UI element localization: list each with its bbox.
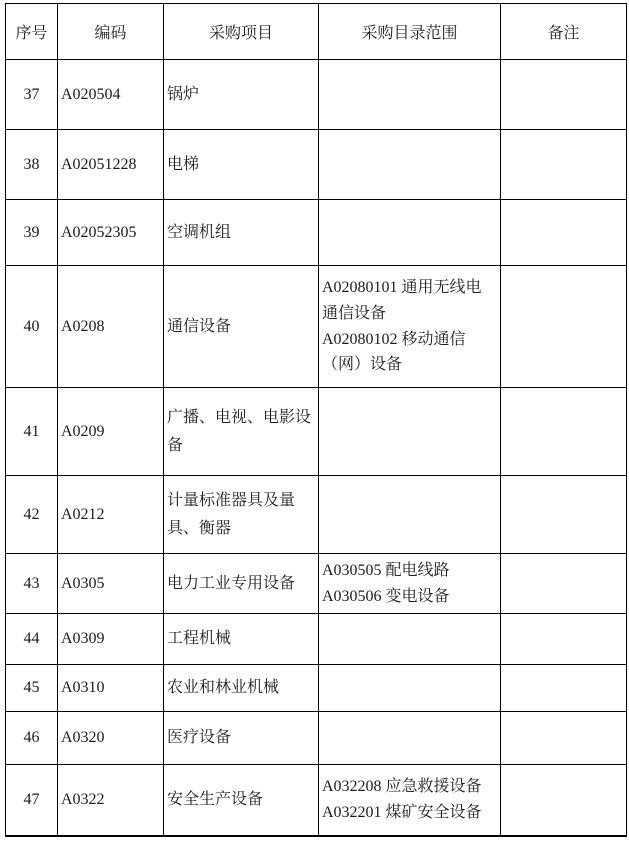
- cell-item: 电力工业专用设备: [164, 554, 319, 614]
- cell-code: A0310: [58, 665, 164, 712]
- cell-index: 39: [6, 200, 58, 266]
- cell-scope: A030505 配电线路A030506 变电设备: [319, 554, 501, 614]
- cell-index: 38: [6, 130, 58, 200]
- scope-entry: A032208 应急救援设备: [322, 774, 497, 800]
- cell-scope: [319, 130, 501, 200]
- cell-scope: [319, 614, 501, 665]
- cell-remark: [501, 200, 627, 266]
- table-row: 43 A0305 电力工业专用设备 A030505 配电线路A030506 变电…: [6, 554, 627, 614]
- cell-item: 医疗设备: [164, 712, 319, 765]
- cell-index: 41: [6, 388, 58, 476]
- cell-code: A0322: [58, 765, 164, 836]
- scope-entry: A02080102 移动通信（网）设备: [322, 327, 497, 379]
- column-header-scope: 采购目录范围: [319, 4, 501, 60]
- cell-index: 44: [6, 614, 58, 665]
- cell-code: A02051228: [58, 130, 164, 200]
- table-header-row: 序号 编码 采购项目 采购目录范围 备注: [6, 4, 627, 60]
- cell-scope: A02080101 通用无线电通信设备A02080102 移动通信（网）设备: [319, 266, 501, 388]
- cell-code: A0305: [58, 554, 164, 614]
- scope-entry: A030505 配电线路: [322, 558, 497, 584]
- cell-code: A020504: [58, 60, 164, 130]
- document-page: { "page": { "background": "#ffffff", "bo…: [0, 0, 629, 860]
- table-row: 42 A0212 计量标准器具及量具、衡器: [6, 476, 627, 554]
- cell-scope: [319, 665, 501, 712]
- cell-index: 45: [6, 665, 58, 712]
- cell-index: 43: [6, 554, 58, 614]
- table-row: 37 A020504 锅炉: [6, 60, 627, 130]
- cell-index: 37: [6, 60, 58, 130]
- cell-item: 工程机械: [164, 614, 319, 665]
- cell-remark: [501, 266, 627, 388]
- cell-item: 农业和林业机械: [164, 665, 319, 712]
- cell-scope: A032208 应急救援设备A032201 煤矿安全设备: [319, 765, 501, 836]
- cell-item: 安全生产设备: [164, 765, 319, 836]
- column-header-index: 序号: [6, 4, 58, 60]
- cell-remark: [501, 712, 627, 765]
- table-row: 44 A0309 工程机械: [6, 614, 627, 665]
- scope-entry: A030506 变电设备: [322, 584, 497, 610]
- cell-index: 47: [6, 765, 58, 836]
- cell-index: 42: [6, 476, 58, 554]
- scope-entry: A032201 煤矿安全设备: [322, 800, 497, 826]
- table-row: 39 A02052305 空调机组: [6, 200, 627, 266]
- cell-item: 电梯: [164, 130, 319, 200]
- cell-remark: [501, 476, 627, 554]
- column-header-remark: 备注: [501, 4, 627, 60]
- column-header-item: 采购项目: [164, 4, 319, 60]
- cell-item: 空调机组: [164, 200, 319, 266]
- cell-remark: [501, 765, 627, 836]
- table-row: 40 A0208 通信设备 A02080101 通用无线电通信设备A020801…: [6, 266, 627, 388]
- table-body: 37 A020504 锅炉 38 A02051228 电梯 39 A020523…: [6, 60, 627, 836]
- cell-item: 锅炉: [164, 60, 319, 130]
- column-header-code: 编码: [58, 4, 164, 60]
- table-row: 46 A0320 医疗设备: [6, 712, 627, 765]
- cell-item: 通信设备: [164, 266, 319, 388]
- cell-remark: [501, 665, 627, 712]
- cell-scope: [319, 60, 501, 130]
- cell-code: A0320: [58, 712, 164, 765]
- cell-scope: [319, 388, 501, 476]
- table-row: 45 A0310 农业和林业机械: [6, 665, 627, 712]
- cell-item: 计量标准器具及量具、衡器: [164, 476, 319, 554]
- cell-index: 40: [6, 266, 58, 388]
- cell-code: A0208: [58, 266, 164, 388]
- cell-code: A0212: [58, 476, 164, 554]
- cell-code: A02052305: [58, 200, 164, 266]
- cell-remark: [501, 388, 627, 476]
- cell-scope: [319, 476, 501, 554]
- cell-item: 广播、电视、电影设备: [164, 388, 319, 476]
- cell-scope: [319, 712, 501, 765]
- cell-remark: [501, 130, 627, 200]
- cell-scope: [319, 200, 501, 266]
- cell-code: A0209: [58, 388, 164, 476]
- procurement-table: 序号 编码 采购项目 采购目录范围 备注 37 A020504 锅炉 38 A0…: [5, 3, 627, 837]
- cell-remark: [501, 614, 627, 665]
- table-row: 38 A02051228 电梯: [6, 130, 627, 200]
- cell-index: 46: [6, 712, 58, 765]
- scope-entry: A02080101 通用无线电通信设备: [322, 275, 497, 327]
- cell-remark: [501, 554, 627, 614]
- table-row: 41 A0209 广播、电视、电影设备: [6, 388, 627, 476]
- cell-remark: [501, 60, 627, 130]
- table-row: 47 A0322 安全生产设备 A032208 应急救援设备A032201 煤矿…: [6, 765, 627, 836]
- cell-code: A0309: [58, 614, 164, 665]
